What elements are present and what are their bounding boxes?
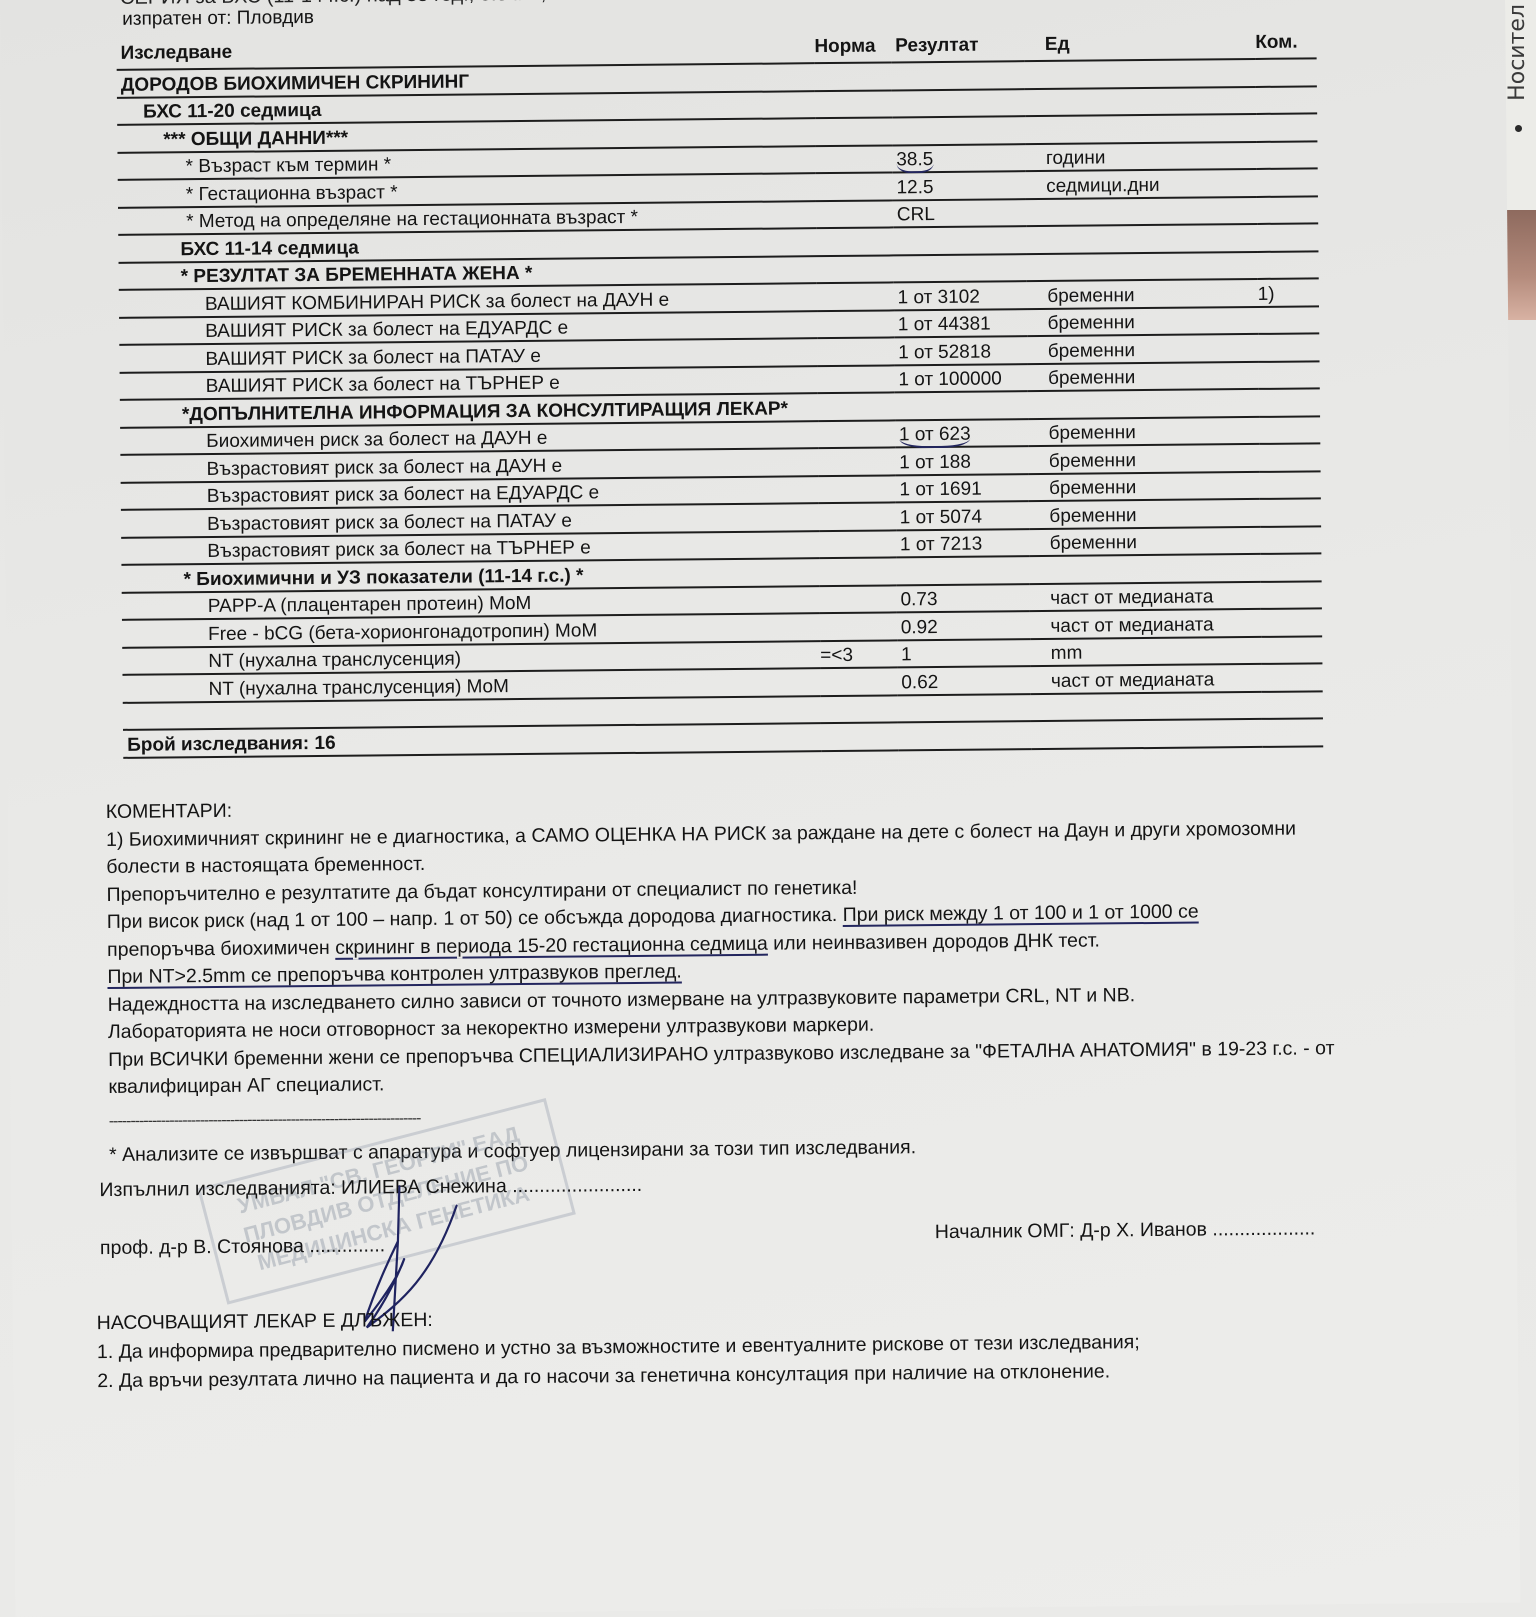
unit-value: бременни: [1027, 279, 1258, 309]
pen-underlined-result: 38.5: [896, 149, 933, 173]
comments-section: КОМЕНТАРИ: 1) Биохимичният скрининг не е…: [106, 787, 1349, 1169]
norm-value: [819, 530, 896, 558]
professor-signature-line: проф. д-р В. Стоянова ..............: [100, 1234, 385, 1260]
norm-value: [817, 337, 894, 365]
result-value: 38.5: [892, 144, 1026, 173]
column-header-unit: Ед: [1025, 24, 1256, 61]
comment-ref: [1256, 168, 1317, 196]
result-value: 1 от 52818: [894, 336, 1028, 365]
comment-ref: [1257, 196, 1318, 224]
comment-ref: [1260, 581, 1321, 609]
norm-value: [818, 447, 895, 475]
result-value: 0.62: [897, 666, 1031, 695]
result-value: [892, 89, 1026, 118]
result-value: [896, 556, 1030, 585]
norm-value: [820, 585, 897, 613]
bullet-icon: [1515, 125, 1522, 132]
norm-value: [815, 62, 892, 90]
unit-value: бременни: [1029, 444, 1260, 474]
unit-value: бременни: [1028, 361, 1259, 391]
footnote: * Анализите се извършват с апаратура и с…: [109, 1130, 1349, 1169]
unit-value: [1026, 196, 1257, 226]
norm-value: [816, 227, 893, 255]
comment-ref: [1261, 636, 1322, 664]
norm-value: [817, 365, 894, 393]
unit-value: бременни: [1029, 499, 1260, 529]
norm-value: [820, 667, 897, 695]
result-value: [893, 226, 1027, 255]
norm-value: [815, 117, 892, 145]
comment-ref: [1261, 663, 1322, 691]
pen-underlined-result: 1 от 623: [899, 424, 971, 449]
comment-ref: [1260, 553, 1321, 581]
unit-value: [1026, 114, 1257, 144]
comment-ref: [1260, 498, 1321, 526]
referring-doctor-obligations: НАСОЧВАЩИЯТ ЛЕКАР Е ДЛЪЖЕН: 1. Да информ…: [97, 1297, 1348, 1396]
norm-value: [819, 557, 896, 585]
performed-by: Изпълнил изследванията: ИЛИЕВА Снежина .…: [99, 1174, 642, 1202]
result-value: [895, 391, 1029, 420]
comment-ref: [1259, 388, 1320, 416]
comment-ref: [1261, 608, 1322, 636]
comment-ref: [1255, 58, 1316, 86]
result-value: 12.5: [892, 171, 1026, 200]
norm-value: [816, 200, 893, 228]
comment-ref: [1258, 306, 1319, 334]
result-value: 0.73: [896, 584, 1030, 613]
comment-3-part-e: или неинвазивен дородов ДНК тест.: [768, 929, 1100, 954]
result-value: 1 от 1691: [895, 474, 1029, 503]
unit-value: [1027, 251, 1258, 281]
comment-7: При ВСИЧКИ бременни жени се препоръчва С…: [108, 1035, 1348, 1102]
norm-value: [818, 392, 895, 420]
result-value: 1 от 44381: [894, 309, 1028, 338]
comment-ref: [1258, 333, 1319, 361]
result-value: 1 от 7213: [896, 529, 1030, 558]
unit-value: бременни: [1028, 334, 1259, 364]
unit-value: [1030, 554, 1261, 584]
unit-value: [1027, 224, 1258, 254]
result-value: CRL: [893, 199, 1027, 228]
comment-ref: [1259, 471, 1320, 499]
column-header-norm: Норма: [814, 27, 891, 63]
head-signature-line: Началник ОМГ: Д-р Х. Иванов ............…: [935, 1217, 1316, 1244]
result-value: 1 от 100000: [894, 364, 1028, 393]
norm-value: [816, 172, 893, 200]
result-value: [891, 61, 1025, 90]
comment-ref: [1256, 141, 1317, 169]
results-table: Изследване Норма Резултат Ед Ком. ДОРОДО…: [116, 23, 1323, 758]
norm-value: [815, 90, 892, 118]
comment-ref: 1): [1258, 278, 1319, 306]
lab-report-page: СЕРИЯ за БХС (11-14 г.с.) над 35 год., 3…: [0, 0, 1520, 1617]
result-value: 0.92: [897, 611, 1031, 640]
unit-value: [1025, 59, 1256, 89]
result-value: [892, 116, 1026, 145]
norm-value: [819, 502, 896, 530]
comment-3-part-a: При висок риск (над 1 от 100 – напр. 1 о…: [107, 904, 843, 933]
unit-value: бременни: [1029, 526, 1260, 556]
unit-value: част от медианата: [1030, 581, 1261, 611]
comment-ref: [1259, 416, 1320, 444]
comment-ref: [1258, 361, 1319, 389]
unit-value: бременни: [1027, 306, 1258, 336]
column-header-comment: Ком.: [1255, 23, 1317, 59]
unit-value: част от медианата: [1030, 609, 1261, 639]
background-sheet-text: Носител: [1505, 4, 1530, 101]
comment-3-underlined-a: При риск между 1 от 100 и 1 от 1000 се: [843, 901, 1199, 926]
norm-value: [817, 282, 894, 310]
unit-value: част от медианата: [1031, 664, 1262, 694]
separator-line: ----------------------------------------…: [109, 1109, 529, 1129]
unit-value: бременни: [1028, 416, 1259, 446]
comment-ref: [1257, 223, 1318, 251]
sender-line: изпратен от: Пловдив: [122, 7, 314, 31]
comment-3-underlined-b: скрининг в периода 15-20 гестационна сед…: [335, 932, 768, 958]
norm-value: [817, 310, 894, 338]
comment-ref: [1256, 86, 1317, 114]
norm-value: =<3: [820, 640, 897, 668]
norm-value: [819, 475, 896, 503]
comment-ref: [1256, 113, 1317, 141]
comment-ref: [1257, 251, 1318, 279]
norm-value: [820, 612, 897, 640]
norm-value: [815, 145, 892, 173]
norm-value: [816, 255, 893, 283]
comment-3-part-c: препоръчва биохимичен: [107, 936, 335, 960]
result-value: 1 от 188: [895, 446, 1029, 475]
results-table-body: ДОРОДОВ БИОХИМИЧЕН СКРИНИНГБХС 11-20 сед…: [117, 58, 1323, 702]
unit-value: седмици.дни: [1026, 169, 1257, 199]
comment-ref: [1259, 443, 1320, 471]
unit-value: бременни: [1029, 471, 1260, 501]
unit-value: mm: [1031, 636, 1262, 666]
result-value: 1 от 3102: [893, 281, 1027, 310]
column-header-result: Резултат: [891, 26, 1025, 62]
unit-value: [1025, 86, 1256, 116]
signature-block: Изпълнил изследванията: ИЛИЕВА Снежина .…: [99, 1167, 1399, 1179]
unit-value: години: [1026, 141, 1257, 171]
comment-ref: [1260, 526, 1321, 554]
norm-value: [818, 420, 895, 448]
result-value: 1 от 623: [895, 419, 1029, 448]
result-value: 1: [897, 639, 1031, 668]
result-value: 1 от 5074: [896, 501, 1030, 530]
result-value: [893, 254, 1027, 283]
unit-value: [1028, 389, 1259, 419]
